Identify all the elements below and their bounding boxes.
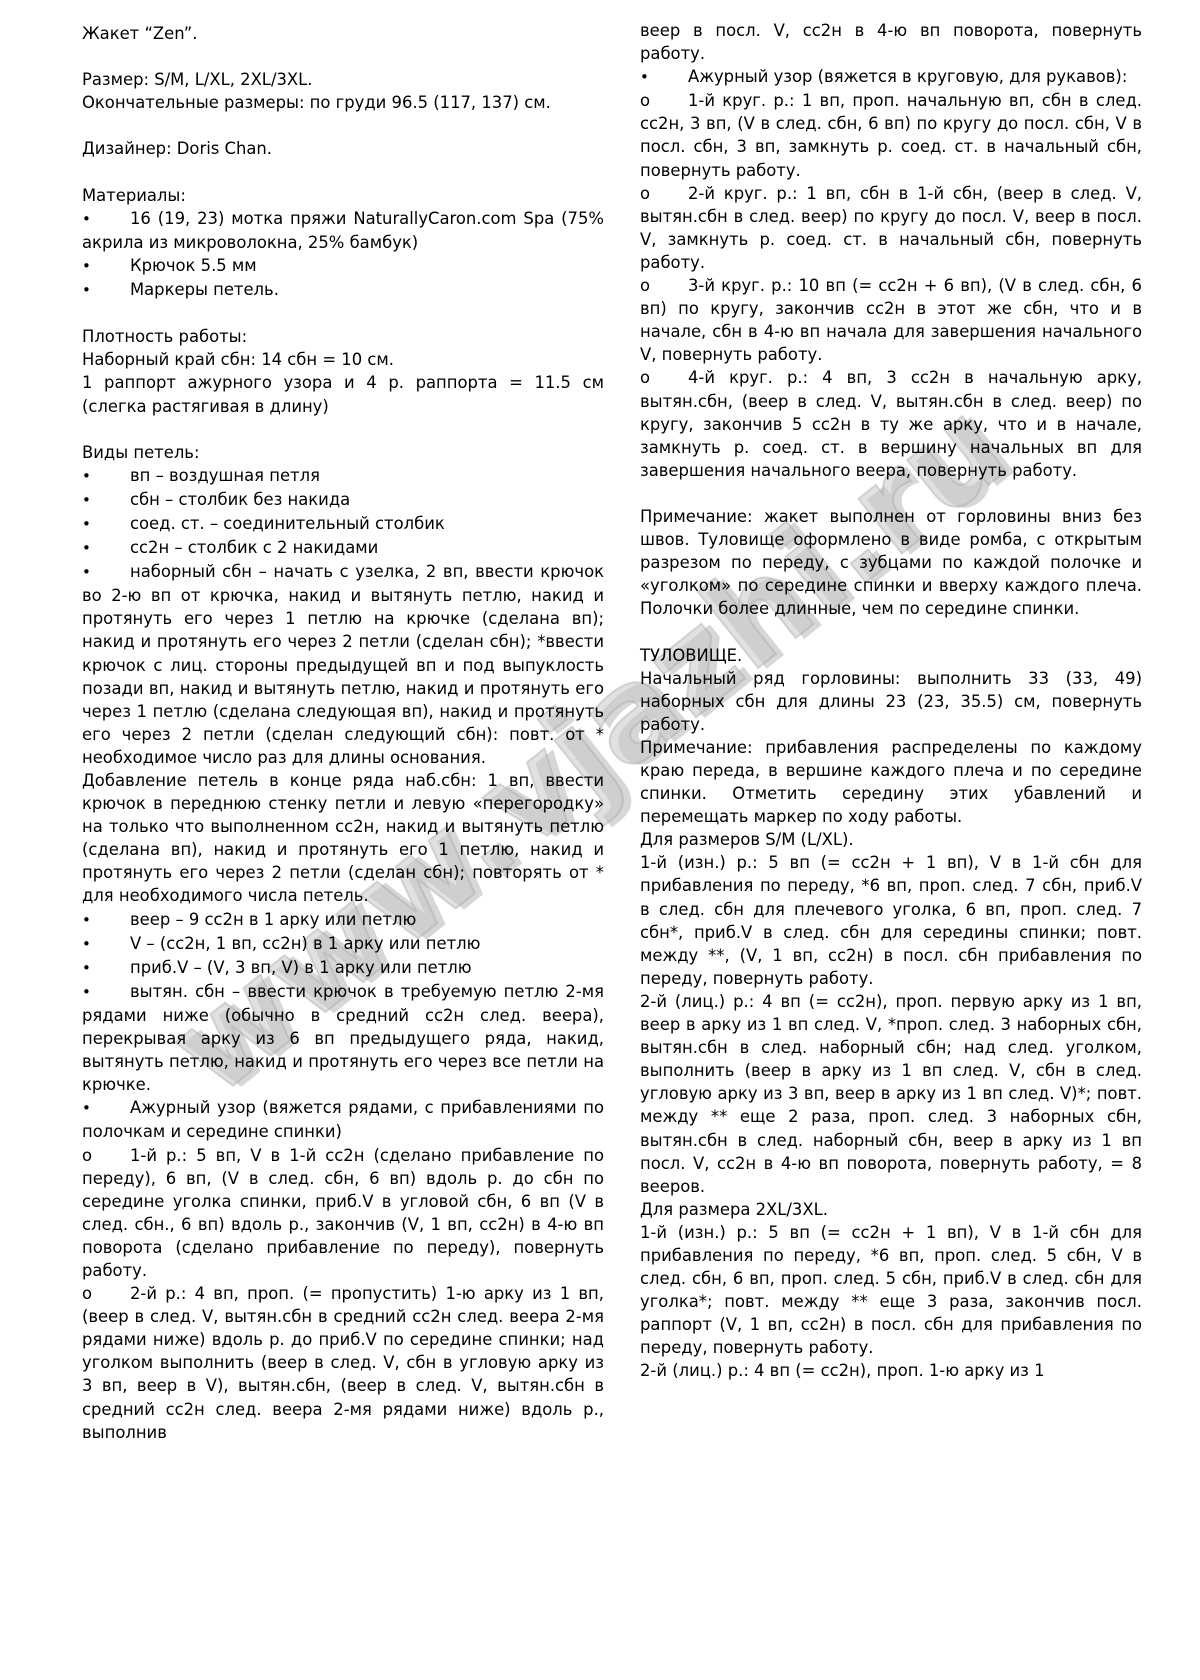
bullet-text: Маркеры петель. [130,280,279,299]
bullet-item: вытян. сбн – ввести крючок в требуемую п… [82,980,604,1096]
bullet-item: V – (сс2н, 1 вп, сс2н) в 1 арку или петл… [82,932,604,956]
bullet-circle-icon [640,366,688,389]
paragraph-spacer [640,620,1142,643]
bullet-item: 16 (19, 23) мотка пряжи NaturallyCaron.c… [82,207,604,254]
paragraph: 1-й (изн.) р.: 5 вп (= сс2н + 1 вп), V в… [640,1221,1142,1360]
paragraph-spacer [82,302,604,325]
bullet-circle-icon [640,182,688,205]
bullet-circle-icon [82,1144,130,1167]
bullet-text: Ажурный узор (вяжется в круговую, для ру… [688,67,1127,86]
paragraph: 2-й (лиц.) р.: 4 вп (= сс2н), проп. 1-ю … [640,1359,1142,1382]
paragraph: 2-й (лиц.) р.: 4 вп (= сс2н), проп. перв… [640,990,1142,1198]
bullet-item: веер – 9 сс2н в 1 арку или петлю [82,908,604,932]
paragraph: Жакет “Zen”. [82,22,604,45]
paragraph: Дизайнер: Doris Chan. [82,137,604,160]
bullet-dot-icon [82,980,130,1004]
bullet-text: сс2н – столбик с 2 накидами [130,538,378,557]
bullet-text: 2-й р.: 4 вп, проп. (= пропустить) 1-ю а… [82,1284,604,1442]
bullet-text: V – (сс2н, 1 вп, сс2н) в 1 арку или петл… [130,934,480,953]
bullet-item: Ажурный узор (вяжется рядами, с прибавле… [82,1096,604,1143]
bullet-text: соед. ст. – соединительный столбик [130,514,445,533]
bullet-dot-icon [82,254,130,278]
bullet-dot-icon [82,956,130,980]
paragraph: Для размеров S/M (L/XL). [640,828,1142,851]
paragraph: ТУЛОВИЩЕ. [640,644,1142,667]
bullet-text: 1-й круг. р.: 1 вп, проп. начальную вп, … [640,91,1142,179]
bullet-dot-icon [82,908,130,932]
paragraph-spacer [82,161,604,184]
bullet-text: вп – воздушная петля [130,466,320,485]
bullet-circle-icon [82,1282,130,1305]
bullet-item: наборный сбн – начать с узелка, 2 вп, вв… [82,560,604,769]
bullet-text: 2-й круг. р.: 1 вп, сбн в 1-й сбн, (веер… [640,184,1142,272]
left-column: Жакет “Zen”.Размер: S/M, L/XL, 2XL/3XL.О… [82,22,604,1444]
paragraph: Виды петель: [82,441,604,464]
bullet-text: Крючок 5.5 мм [130,256,257,275]
bullet-text: 3-й круг. р.: 10 вп (= сс2н + 6 вп), (V … [640,276,1142,364]
bullet-item: сс2н – столбик с 2 накидами [82,536,604,560]
paragraph: 1-й (изн.) р.: 5 вп (= сс2н + 1 вп), V в… [640,851,1142,990]
bullet-dot-icon [82,536,130,560]
right-column: веер в посл. V, сс2н в 4-ю вп поворота, … [640,19,1142,1383]
bullet-text: 16 (19, 23) мотка пряжи NaturallyCaron.c… [82,209,604,252]
bullet-item: Ажурный узор (вяжется в круговую, для ру… [640,65,1142,89]
bullet-dot-icon [82,512,130,536]
bullet-text: сбн – столбик без накида [130,490,350,509]
bullet-item: приб.V – (V, 3 вп, V) в 1 арку или петлю [82,956,604,980]
bullet-text: 1-й р.: 5 вп, V в 1-й сс2н (сделано приб… [82,1146,604,1280]
bullet-item: Крючок 5.5 мм [82,254,604,278]
paragraph: Примечание: жакет выполнен от горловины … [640,505,1142,620]
bullet-dot-icon [640,65,688,89]
paragraph: Материалы: [82,184,604,207]
sub-bullet-item: 2-й круг. р.: 1 вп, сбн в 1-й сбн, (веер… [640,182,1142,274]
paragraph-spacer [82,418,604,441]
bullet-dot-icon [82,488,130,512]
bullet-item: вп – воздушная петля [82,464,604,488]
bullet-text: Ажурный узор (вяжется рядами, с прибавле… [82,1098,604,1141]
bullet-item: сбн – столбик без накида [82,488,604,512]
paragraph: Добавление петель в конце ряда наб.сбн: … [82,769,604,908]
sub-bullet-item: 2-й р.: 4 вп, проп. (= пропустить) 1-ю а… [82,1282,604,1444]
paragraph-spacer [82,45,604,68]
paragraph-spacer [640,482,1142,505]
bullet-dot-icon [82,932,130,956]
bullet-text: наборный сбн – начать с узелка, 2 вп, вв… [82,562,604,767]
sub-bullet-item: 4-й круг. р.: 4 вп, 3 сс2н в начальную а… [640,366,1142,481]
bullet-item: Маркеры петель. [82,278,604,302]
paragraph: Окончательные размеры: по груди 96.5 (11… [82,91,604,114]
sub-bullet-item: 3-й круг. р.: 10 вп (= сс2н + 6 вп), (V … [640,274,1142,366]
paragraph: Для размера 2XL/3XL. [640,1198,1142,1221]
bullet-dot-icon [82,1096,130,1120]
paragraph: Размер: S/M, L/XL, 2XL/3XL. [82,68,604,91]
bullet-text: 4-й круг. р.: 4 вп, 3 сс2н в начальную а… [640,368,1142,479]
paragraph: Наборный край сбн: 14 сбн = 10 см. [82,348,604,371]
sub-bullet-item: 1-й р.: 5 вп, V в 1-й сс2н (сделано приб… [82,1144,604,1283]
bullet-circle-icon [640,274,688,297]
paragraph: Плотность работы: [82,325,604,348]
sub-bullet-item: 1-й круг. р.: 1 вп, проп. начальную вп, … [640,89,1142,181]
bullet-text: вытян. сбн – ввести крючок в требуемую п… [82,982,604,1094]
paragraph-spacer [82,114,604,137]
bullet-dot-icon [82,207,130,231]
bullet-text: веер – 9 сс2н в 1 арку или петлю [130,910,416,929]
bullet-dot-icon [82,278,130,302]
bullet-item: соед. ст. – соединительный столбик [82,512,604,536]
paragraph: 1 раппорт ажурного узора и 4 р. раппорта… [82,371,604,417]
bullet-dot-icon [82,560,130,584]
paragraph: веер в посл. V, сс2н в 4-ю вп поворота, … [640,19,1142,65]
paragraph: Начальный ряд горловины: выполнить 33 (3… [640,667,1142,736]
bullet-circle-icon [640,89,688,112]
paragraph: Примечание: прибавления распределены по … [640,736,1142,828]
bullet-text: приб.V – (V, 3 вп, V) в 1 арку или петлю [130,958,472,977]
bullet-dot-icon [82,464,130,488]
